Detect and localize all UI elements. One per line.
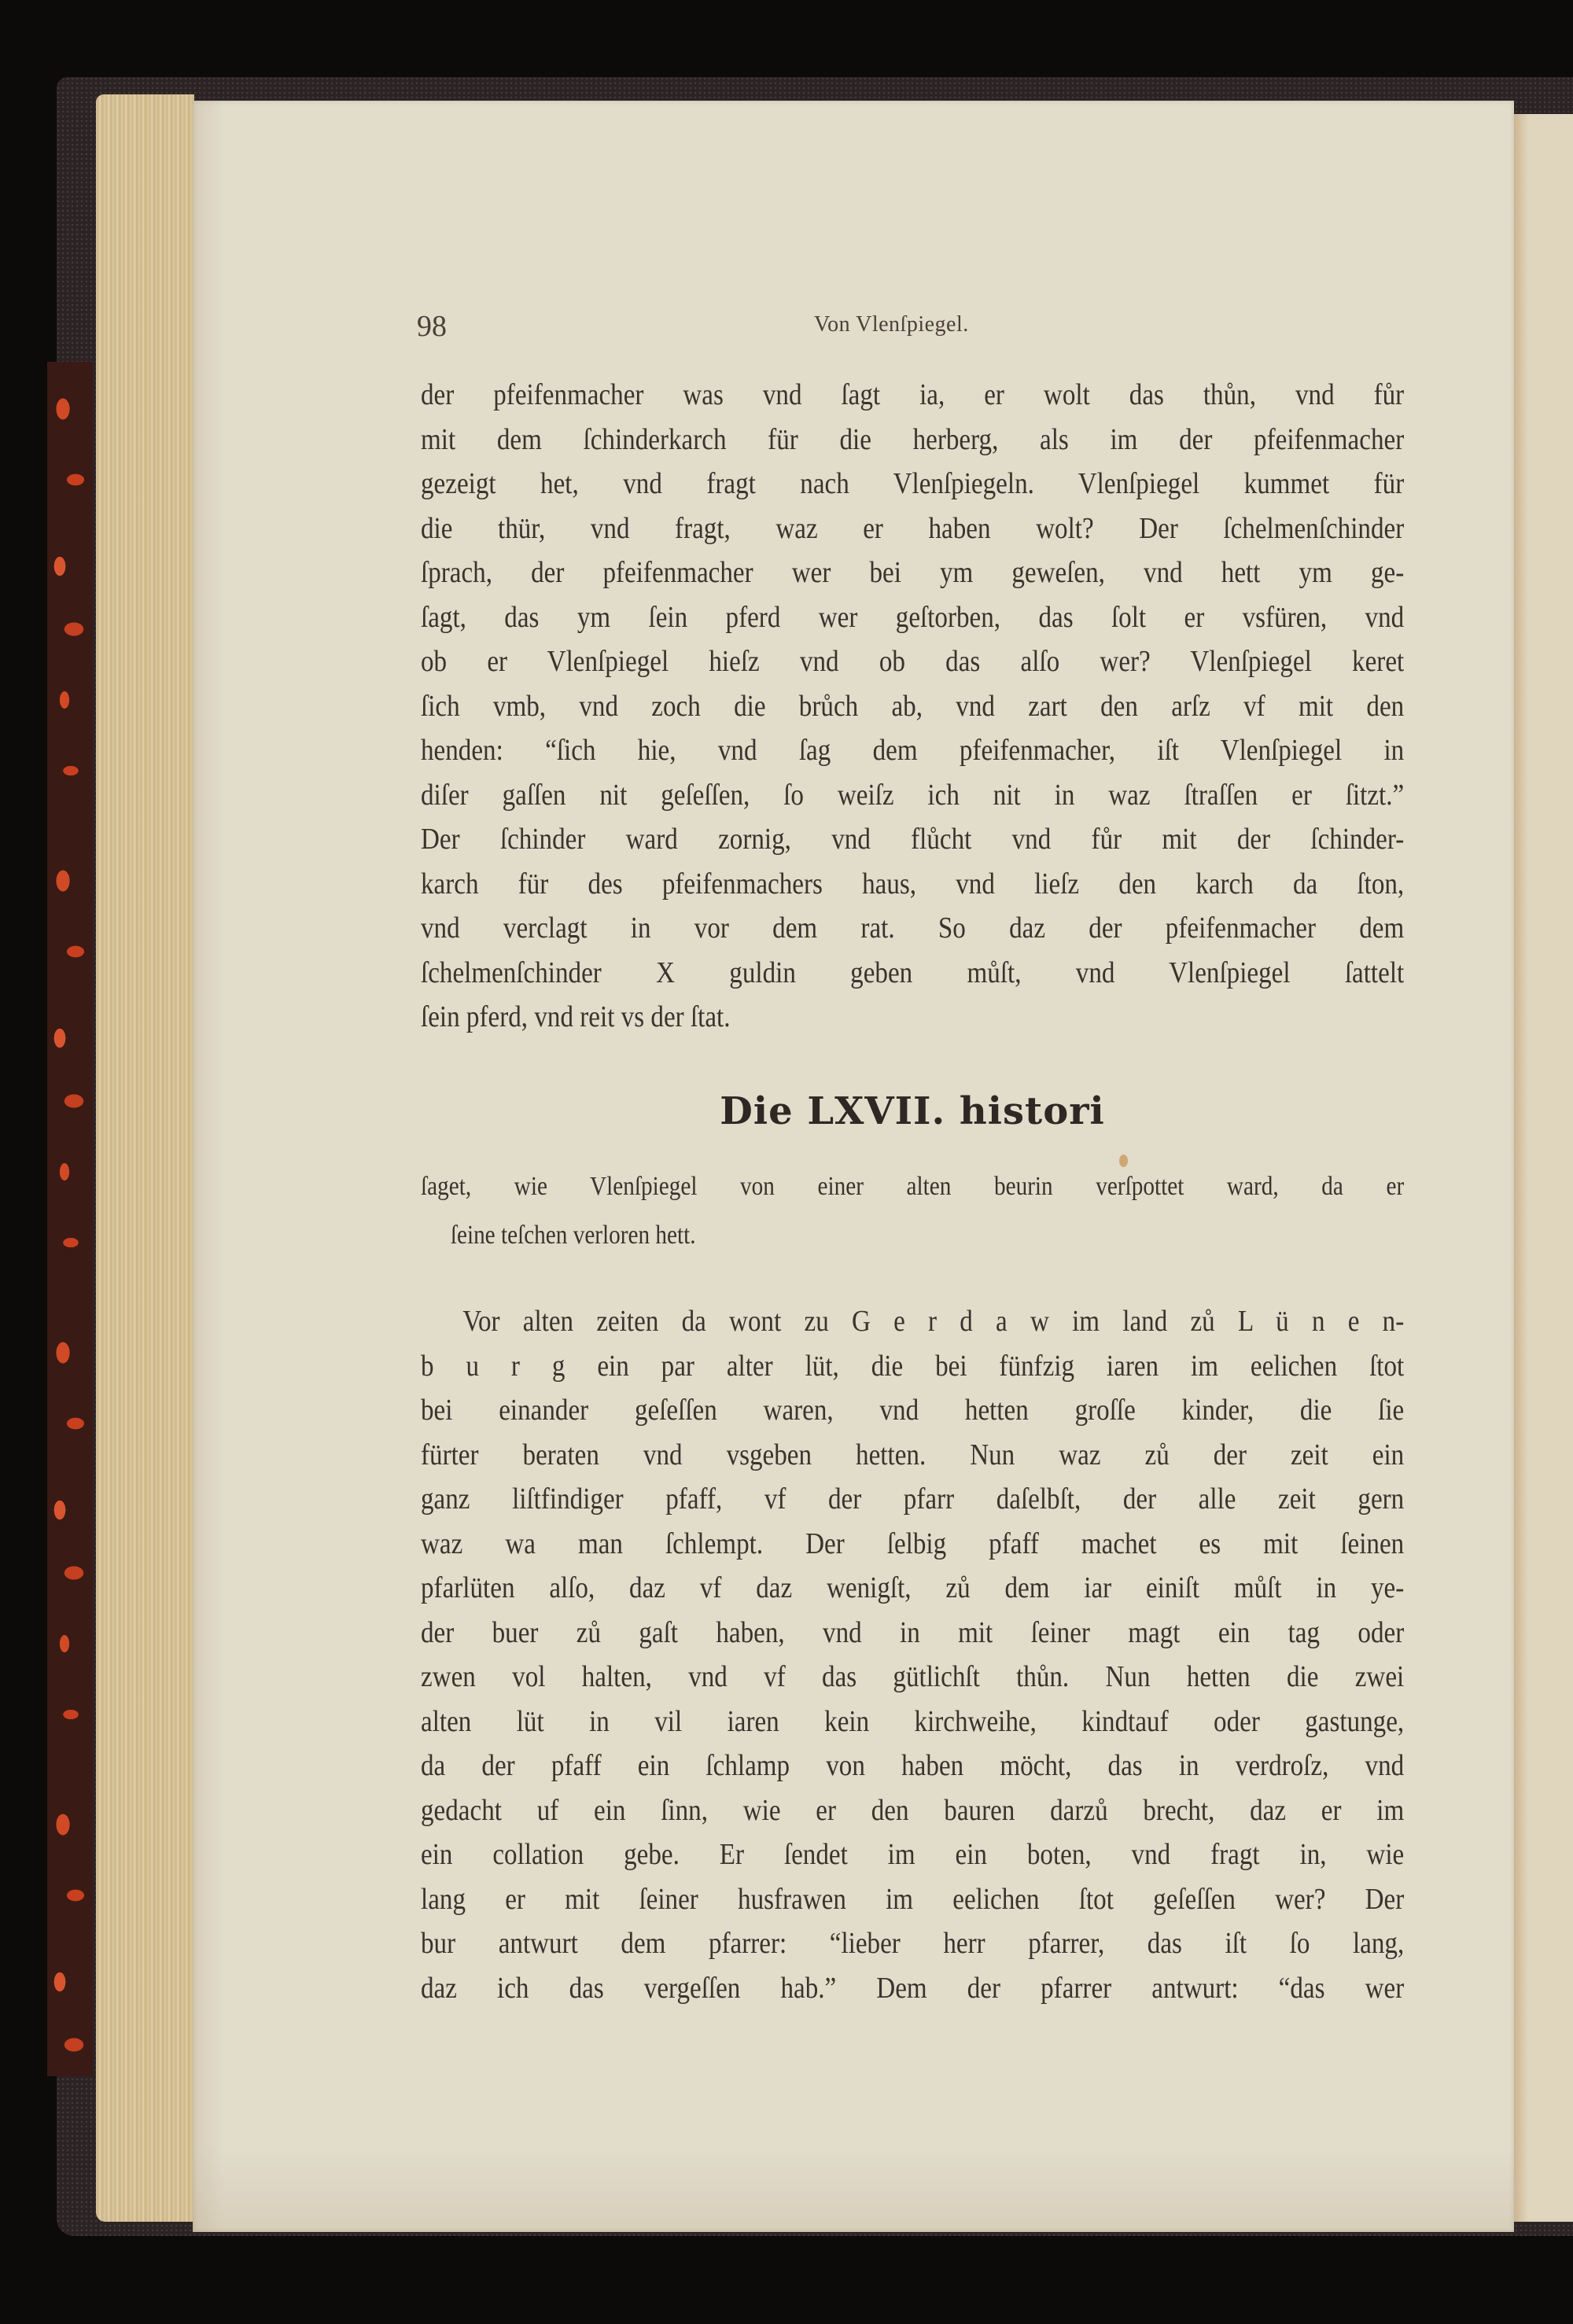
text-line: ein collation gebe. Er ſendet im ein bot… bbox=[421, 1832, 1404, 1877]
text-line: mit dem ſchinderkarch für die herberg, a… bbox=[421, 418, 1404, 462]
text-line: ganz liſtfindiger pfaff, vf der pfarr da… bbox=[421, 1477, 1404, 1522]
text-line: diſer gaſſen nit geſeſſen, ſo weiſz ich … bbox=[421, 773, 1404, 818]
text-line: Der ſchinder ward zornig, vnd flůcht vnd… bbox=[421, 817, 1404, 862]
text-line: alten lüt in vil iaren kein kirchweihe, … bbox=[421, 1700, 1404, 1744]
text-line: Vor alten zeiten da wont zu G e r d a w … bbox=[421, 1299, 1404, 1344]
text-line: pfarlüten alſo, daz vf daz wenigſt, zů d… bbox=[421, 1566, 1404, 1611]
text-line: zwen vol halten, vnd vf das gütlichſt th… bbox=[421, 1655, 1404, 1700]
text-line: henden: “ſich hie, vnd ſag dem pfeifenma… bbox=[421, 728, 1404, 773]
marbled-board-edge bbox=[47, 362, 93, 2076]
text-line: die thür, vnd fragt, waz er haben wolt? … bbox=[421, 506, 1404, 551]
running-head: 98 Von Vlenſpiegel. bbox=[417, 309, 1408, 341]
text-line: der buer zů gaſt haben, vnd in mit ſeine… bbox=[421, 1611, 1404, 1656]
text-line: daz ich das vergeſſen hab.” Dem der pfar… bbox=[421, 1966, 1404, 2011]
text-line: karch für des pfeifenmachers haus, vnd l… bbox=[421, 862, 1404, 907]
text-line: ſchelmenſchinder X guldin geben můſt, vn… bbox=[421, 951, 1404, 996]
paragraph-continued: der pfeifenmacher was vnd ſagt ia, er wo… bbox=[421, 373, 1404, 1040]
text-line: ob er Vlenſpiegel hieſz vnd ob das alſo … bbox=[421, 639, 1404, 684]
summary-line: ſaget, wie Vlenſpiegel von einer alten b… bbox=[421, 1162, 1404, 1211]
text-line: der pfeifenmacher was vnd ſagt ia, er wo… bbox=[421, 373, 1404, 418]
summary-line: ſeine teſchen verloren hett. bbox=[421, 1211, 1404, 1260]
paragraph-chapter-body: Vor alten zeiten da wont zu G e r d a w … bbox=[421, 1299, 1404, 2010]
text-line: vnd verclagt in vor dem rat. So daz der … bbox=[421, 906, 1404, 951]
chapter-summary: ſaget, wie Vlenſpiegel von einer alten b… bbox=[421, 1162, 1404, 1260]
text-line: gezeigt het, vnd fragt nach Vlenſpiegeln… bbox=[421, 462, 1404, 506]
text-line: waz wa man ſchlempt. Der ſelbig pfaff ma… bbox=[421, 1522, 1404, 1567]
text-line: bei einander geſeſſen waren, vnd hetten … bbox=[421, 1388, 1404, 1433]
text-line: ſich vmb, vnd zoch die brůch ab, vnd zar… bbox=[421, 684, 1404, 729]
page-number: 98 bbox=[417, 309, 447, 344]
text-line: ſagt, das ym ſein pferd wer geſtorben, d… bbox=[421, 595, 1404, 640]
text-line: ſein pferd, vnd reit vs der ſtat. bbox=[421, 995, 1404, 1040]
text-line: ſprach, der pfeifenmacher wer bei ym gew… bbox=[421, 551, 1404, 595]
text-line: bur antwurt dem pfarrer: “lieber herr pf… bbox=[421, 1921, 1404, 1966]
text-line: lang er mit ſeiner husfrawen im eelichen… bbox=[421, 1877, 1404, 1922]
running-title: Von Vlenſpiegel. bbox=[814, 312, 969, 337]
text-line: da der pfaff ein ſchlamp von haben möcht… bbox=[421, 1744, 1404, 1788]
text-line: gedacht uf ein ſinn, wie er den bauren d… bbox=[421, 1788, 1404, 1833]
page-stack-edge bbox=[96, 94, 194, 2222]
text-line: b u r g ein par alter lüt, die bei fünfz… bbox=[421, 1344, 1404, 1389]
facing-page bbox=[1514, 114, 1573, 2222]
chapter-heading: Die LXVII. histori bbox=[421, 1089, 1404, 1133]
text-line: fürter beraten vnd vsgeben hetten. Nun w… bbox=[421, 1433, 1404, 1478]
